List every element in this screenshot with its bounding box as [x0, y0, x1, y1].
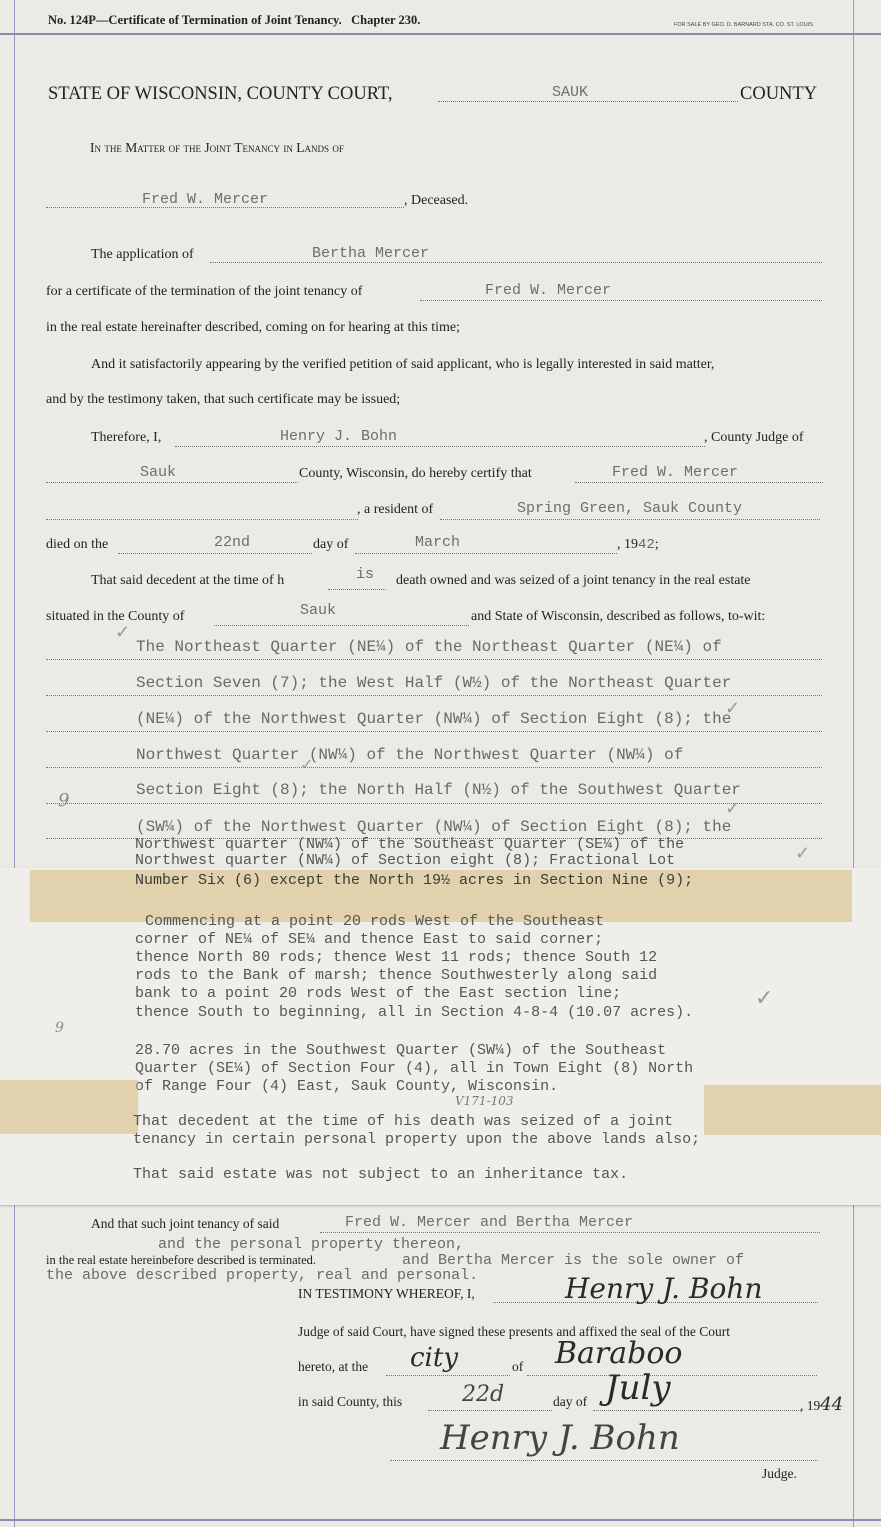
- resident-label: , a resident of: [357, 502, 433, 518]
- certificate-label: for a certificate of the termination of …: [46, 284, 362, 300]
- hearing-text: in the real estate hereinafter described…: [46, 320, 460, 336]
- legal-line: (NE¼) of the Northwest Quarter (NW¼) of …: [136, 710, 731, 728]
- rule-line: [46, 731, 822, 732]
- attached-line: Quarter (SE¼) of Section Four (4), all i…: [135, 1060, 693, 1079]
- inheritance-tax-line: That said estate was not subject to an i…: [133, 1166, 628, 1185]
- form-title: No. 124P—Certificate of Termination of J…: [48, 13, 342, 27]
- applicant-name: Bertha Mercer: [312, 245, 429, 262]
- death-day: 22nd: [214, 534, 250, 551]
- ownership-line-1-suffix: death owned and was seized of a joint te…: [396, 573, 751, 589]
- check-mark-icon: ✓: [725, 698, 740, 719]
- pronoun-line: [328, 589, 386, 590]
- death-year: , 1942;: [617, 537, 659, 553]
- sign-month: July: [605, 1368, 671, 1408]
- check-mark-icon: ✓: [115, 622, 130, 643]
- judge-name: Henry J. Bohn: [280, 428, 397, 445]
- application-label: The application of: [91, 247, 194, 263]
- death-year-suffix: 42: [638, 537, 655, 553]
- semicolon: ;: [655, 537, 659, 552]
- sign-year: , 1944: [800, 1394, 843, 1415]
- deceased-label: , Deceased.: [404, 193, 468, 209]
- legal-line: Northwest Quarter (NW¼) of the Northwest…: [136, 746, 683, 764]
- sign-day-line: [428, 1410, 552, 1411]
- legal-line: Section Seven (7); the West Half (W½) of…: [136, 674, 731, 692]
- check-mark-icon: ✓: [725, 798, 740, 819]
- death-month: March: [415, 534, 460, 551]
- residence-line: [440, 519, 820, 520]
- applicant-line: [210, 262, 822, 263]
- county-field-line: [438, 101, 738, 102]
- attached-line: rods to the Bank of marsh; thence Southw…: [135, 967, 657, 986]
- tape-strip-left: [0, 1080, 138, 1134]
- check-mark-icon: ✓: [300, 755, 313, 775]
- testimony-label: IN TESTIMONY WHEREOF, I,: [298, 1286, 475, 1302]
- place-name-line: [527, 1375, 817, 1376]
- judge-signature: Henry J. Bohn: [440, 1418, 680, 1458]
- died-label: died on the: [46, 537, 108, 553]
- place-name: Baraboo: [555, 1336, 683, 1371]
- place-type-line: [386, 1375, 510, 1376]
- form-chapter: Chapter 230.: [351, 13, 420, 27]
- tenant-name: Fred W. Mercer: [485, 282, 611, 299]
- certificate-page: No. 124P—Certificate of Termination of J…: [0, 0, 881, 1527]
- attached-line: corner of NE¼ of SE¼ and thence East to …: [135, 931, 603, 950]
- attached-line: tenancy in certain personal property upo…: [133, 1131, 700, 1150]
- testimony-signature: Henry J. Bohn: [565, 1272, 762, 1305]
- margin-mark: 9: [55, 1020, 64, 1036]
- left-margin-rule: [14, 0, 15, 1527]
- attached-line: bank to a point 20 rods West of the East…: [135, 985, 621, 1004]
- termination-label: And that such joint tenancy of said: [91, 1216, 279, 1232]
- check-mark-icon: ✓: [755, 985, 773, 1011]
- judge-of-label: , County Judge of: [704, 430, 804, 446]
- termination-parties: Fred W. Mercer and Bertha Mercer: [345, 1214, 633, 1231]
- day-of-label: day of: [313, 537, 348, 553]
- court-heading: STATE OF WISCONSIN, COUNTY COURT,: [48, 84, 392, 105]
- county-this-label: in said County, this: [298, 1394, 402, 1410]
- check-mark-icon: ✓: [795, 843, 810, 864]
- legal-addendum-line: Number Six (6) except the North 19½ acre…: [135, 872, 693, 891]
- margin-mark: 9: [58, 790, 69, 811]
- cert-county-line: [46, 482, 298, 483]
- residence: Spring Green, Sauk County: [517, 500, 742, 517]
- attached-line: Commencing at a point 20 rods West of th…: [145, 913, 604, 932]
- judge-name-line: [175, 446, 705, 447]
- court-heading-prefix: STATE OF WISCONSIN, COUNTY COURT,: [48, 84, 392, 104]
- ownership-line-2-suffix: and State of Wisconsin, described as fol…: [471, 609, 765, 625]
- legal-line: The Northeast Quarter (NE¼) of the North…: [136, 638, 722, 656]
- petition-line-2: and by the testimony taken, that such ce…: [46, 392, 400, 408]
- death-month-line: [355, 553, 617, 554]
- ownership-county: Sauk: [300, 602, 336, 619]
- rule-line: [46, 659, 822, 660]
- attached-line: That decedent at the time of his death w…: [133, 1113, 673, 1132]
- footer-rule: [0, 1519, 881, 1521]
- legal-line: (SW¼) of the Northwest Quarter (NW¼) of …: [136, 818, 731, 836]
- matter-heading: In the Matter of the Joint Tenancy in La…: [90, 140, 344, 156]
- judge-label: Judge.: [762, 1466, 797, 1482]
- termination-typed-insert: and the personal property thereon,: [158, 1236, 464, 1253]
- cert-county-label: County, Wisconsin, do hereby certify tha…: [299, 466, 532, 482]
- hereto-label: hereto, at the: [298, 1359, 368, 1375]
- certified-person: Fred W. Mercer: [612, 464, 738, 481]
- tape-strip-right: [704, 1085, 881, 1135]
- form-number: No. 124P—Certificate of Termination of J…: [48, 13, 420, 28]
- recording-note: V171-103: [455, 1094, 514, 1108]
- therefore-label: Therefore, I,: [91, 430, 161, 446]
- header-rule: [0, 33, 881, 35]
- printer-note: FOR SALE BY GEO. D. BARNARD STA. CO. ST.…: [674, 22, 813, 28]
- county-field: SAUK: [552, 84, 588, 101]
- pronoun-suffix: is: [356, 566, 374, 583]
- petition-line-1: And it satisfactorily appearing by the v…: [91, 357, 714, 373]
- legal-line: Section Eight (8); the North Half (N½) o…: [136, 781, 741, 799]
- sign-month-line: [593, 1410, 801, 1411]
- ownership-county-line: [214, 625, 469, 626]
- right-margin-rule: [853, 0, 854, 1527]
- year-prefix: , 19: [617, 537, 638, 552]
- resident-blank-line: [46, 519, 358, 520]
- sign-year-prefix: , 19: [800, 1398, 820, 1413]
- termination-printed-line: in the real estate hereinbefore describe…: [46, 1253, 316, 1268]
- parties-line: [320, 1232, 820, 1233]
- court-heading-suffix: COUNTY: [740, 84, 817, 105]
- certified-person-line: [575, 482, 823, 483]
- cert-county: Sauk: [140, 464, 176, 481]
- sign-day-of-label: day of: [553, 1394, 587, 1410]
- judge-signature-line: [390, 1460, 818, 1461]
- death-day-line: [118, 553, 312, 554]
- decedent-name: Fred W. Mercer: [142, 191, 268, 208]
- attached-line: thence South to beginning, all in Sectio…: [135, 1004, 693, 1023]
- rule-line: [46, 767, 822, 768]
- rule-line: [46, 803, 822, 804]
- attached-line: thence North 80 rods; thence West 11 rod…: [135, 949, 657, 968]
- termination-typed-line-2: the above described property, real and p…: [46, 1267, 478, 1284]
- tenant-line: [420, 300, 822, 301]
- sign-year-suffix: 44: [820, 1394, 843, 1415]
- place-type: city: [410, 1343, 458, 1373]
- ownership-line-1-prefix: That said decedent at the time of h: [91, 573, 284, 589]
- sign-day: 22d: [462, 1382, 504, 1407]
- place-of-label: of: [512, 1359, 523, 1375]
- attached-line: 28.70 acres in the Southwest Quarter (SW…: [135, 1042, 666, 1061]
- rule-line: [46, 695, 822, 696]
